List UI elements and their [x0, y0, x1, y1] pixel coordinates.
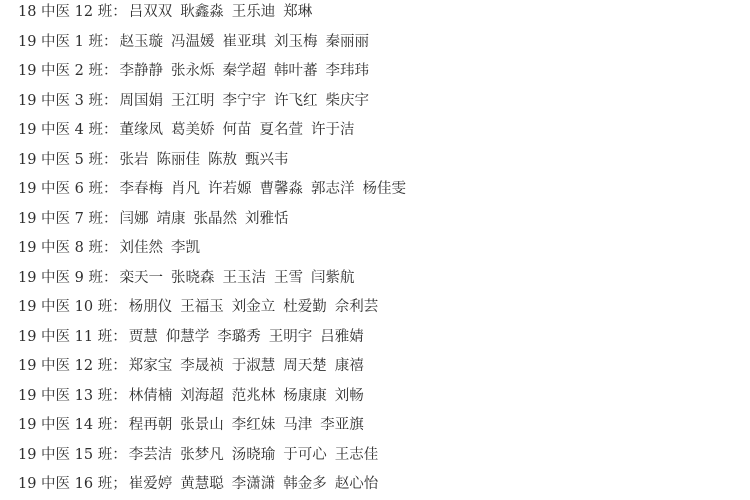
roster-row: 19 中医 2 班：李静静张永烁秦学超韩叶蕃李玮玮 [18, 57, 738, 87]
student-name: 刘雅恬 [245, 211, 289, 227]
separator: ： [103, 93, 118, 109]
class-label: 19 中医 14 班 [18, 417, 112, 433]
student-name: 栾天一 [120, 270, 164, 286]
student-name: 葛美娇 [171, 122, 215, 138]
roster-row: 19 中医 6 班：李春梅肖凡许若嫄曹馨淼郭志洋杨佳雯 [18, 175, 738, 205]
student-name: 夏名萱 [260, 122, 304, 138]
student-name: 刘畅 [335, 388, 364, 404]
student-name: 刘玉梅 [274, 34, 318, 50]
student-name: 李晟祯 [180, 358, 224, 374]
roster-row: 19 中医 7 班：闫娜靖康张晶然刘雅恬 [18, 205, 738, 235]
separator: ： [112, 388, 127, 404]
student-name: 马津 [283, 417, 312, 433]
class-label: 19 中医 2 班 [18, 63, 103, 79]
student-name: 郭志洋 [311, 181, 355, 197]
student-name: 汤晓瑜 [232, 447, 276, 463]
student-name: 张晶然 [194, 211, 238, 227]
student-name: 李春梅 [120, 181, 164, 197]
student-name: 李玮玮 [326, 63, 370, 79]
roster-row: 19 中医 16 班；崔爱婷黄慧聪李潇潇韩金多赵心怡 [18, 470, 738, 500]
separator: ： [103, 270, 118, 286]
separator: ： [112, 299, 127, 315]
student-name: 吕雅婧 [320, 329, 364, 345]
class-label: 19 中医 13 班 [18, 388, 112, 404]
student-name: 张岩 [120, 152, 149, 168]
student-name: 杜爱勤 [283, 299, 327, 315]
student-name: 许飞红 [274, 93, 318, 109]
student-name: 张景山 [180, 417, 224, 433]
class-label: 19 中医 15 班 [18, 447, 112, 463]
student-name: 韩叶蕃 [274, 63, 318, 79]
class-label: 18 中医 12 班 [18, 4, 112, 20]
student-name: 于可心 [283, 447, 327, 463]
student-name: 闫娜 [120, 211, 149, 227]
student-name: 杨康康 [283, 388, 327, 404]
student-name: 郑琳 [283, 4, 312, 20]
student-name: 杨佳雯 [363, 181, 407, 197]
student-name: 刘佳然 [120, 240, 164, 256]
separator: ： [112, 417, 127, 433]
student-name: 秦学超 [223, 63, 267, 79]
student-name: 刘金立 [232, 299, 276, 315]
separator: ： [103, 34, 118, 50]
separator: ： [103, 152, 118, 168]
separator: ： [103, 63, 118, 79]
student-name: 于淑慧 [232, 358, 276, 374]
student-name: 张永烁 [171, 63, 215, 79]
student-name: 何苗 [223, 122, 252, 138]
roster-row: 19 中医 8 班：刘佳然李凯 [18, 234, 738, 264]
student-name: 李璐秀 [217, 329, 261, 345]
student-name: 李亚旗 [320, 417, 364, 433]
student-name: 李芸洁 [129, 447, 173, 463]
student-name: 韩金多 [283, 476, 327, 492]
student-name: 杨朋仪 [129, 299, 173, 315]
separator: ： [112, 358, 127, 374]
separator: ： [112, 447, 127, 463]
roster-row: 19 中医 5 班：张岩陈丽佳陈敖甄兴韦 [18, 146, 738, 176]
student-name: 曹馨淼 [260, 181, 304, 197]
student-name: 周国娟 [120, 93, 164, 109]
student-name: 崔爱婷 [129, 476, 173, 492]
roster-row: 19 中医 10 班：杨朋仪王福玉刘金立杜爱勤佘利芸 [18, 293, 738, 323]
student-name: 程再朝 [129, 417, 173, 433]
student-name: 王江明 [171, 93, 215, 109]
student-name: 贾慧 [129, 329, 158, 345]
student-name: 周天楚 [283, 358, 327, 374]
student-name: 王福玉 [180, 299, 224, 315]
class-label: 19 中医 8 班 [18, 240, 103, 256]
class-label: 19 中医 6 班 [18, 181, 103, 197]
student-name: 黄慧聪 [180, 476, 224, 492]
class-label: 19 中医 4 班 [18, 122, 103, 138]
student-name: 张晓森 [171, 270, 215, 286]
separator: ： [112, 4, 127, 20]
roster-row: 19 中医 15 班：李芸洁张梦凡汤晓瑜于可心王志佳 [18, 441, 738, 471]
roster-row: 19 中医 11 班：贾慧仰慧学李璐秀王明宇吕雅婧 [18, 323, 738, 353]
student-name: 甄兴韦 [245, 152, 289, 168]
student-name: 肖凡 [171, 181, 200, 197]
student-name: 范兆林 [232, 388, 276, 404]
student-name: 闫紫航 [311, 270, 355, 286]
student-name: 冯温媛 [171, 34, 215, 50]
student-name: 董缘凤 [120, 122, 164, 138]
class-roster-document: 18 中医 12 班：吕双双耿鑫淼王乐迪郑琳 19 中医 1 班：赵玉璇冯温媛崔… [18, 0, 738, 500]
roster-row: 19 中医 9 班：栾天一张晓森王玉洁王雪闫紫航 [18, 264, 738, 294]
roster-row: 19 中医 13 班：林倩楠刘海超范兆林杨康康刘畅 [18, 382, 738, 412]
student-name: 陈敖 [208, 152, 237, 168]
student-name: 王明宇 [269, 329, 313, 345]
separator: ： [103, 240, 118, 256]
student-name: 秦丽丽 [326, 34, 370, 50]
roster-row: 19 中医 1 班：赵玉璇冯温媛崔亚琪刘玉梅秦丽丽 [18, 28, 738, 58]
student-name: 耿鑫淼 [180, 4, 224, 20]
separator: ； [112, 476, 127, 492]
class-label: 19 中医 9 班 [18, 270, 103, 286]
class-label: 19 中医 11 班 [18, 329, 112, 345]
student-name: 王乐迪 [232, 4, 276, 20]
roster-row: 19 中医 4 班：董缘凤葛美娇何苗夏名萱许于洁 [18, 116, 738, 146]
student-name: 吕双双 [129, 4, 173, 20]
student-name: 李凯 [171, 240, 200, 256]
class-label: 19 中医 12 班 [18, 358, 112, 374]
student-name: 李宁宇 [223, 93, 267, 109]
student-name: 李静静 [120, 63, 164, 79]
student-name: 仰慧学 [166, 329, 210, 345]
student-name: 李潇潇 [232, 476, 276, 492]
separator: ： [112, 329, 127, 345]
student-name: 王雪 [274, 270, 303, 286]
student-name: 张梦凡 [180, 447, 224, 463]
class-label: 19 中医 10 班 [18, 299, 112, 315]
student-name: 王玉洁 [223, 270, 267, 286]
roster-row: 18 中医 12 班：吕双双耿鑫淼王乐迪郑琳 [18, 0, 738, 28]
student-name: 佘利芸 [335, 299, 379, 315]
student-name: 郑家宝 [129, 358, 173, 374]
student-name: 赵心怡 [335, 476, 379, 492]
roster-row: 19 中医 12 班：郑家宝李晟祯于淑慧周天楚康禧 [18, 352, 738, 382]
student-name: 康禧 [335, 358, 364, 374]
class-label: 19 中医 16 班 [18, 476, 112, 492]
student-name: 林倩楠 [129, 388, 173, 404]
student-name: 赵玉璇 [120, 34, 164, 50]
class-label: 19 中医 5 班 [18, 152, 103, 168]
student-name: 王志佳 [335, 447, 379, 463]
separator: ： [103, 211, 118, 227]
student-name: 许于洁 [311, 122, 355, 138]
student-name: 许若嫄 [208, 181, 252, 197]
student-name: 陈丽佳 [157, 152, 201, 168]
separator: ： [103, 181, 118, 197]
roster-row: 19 中医 3 班：周国娟王江明李宁宇许飞红柴庆宇 [18, 87, 738, 117]
student-name: 刘海超 [180, 388, 224, 404]
student-name: 柴庆宇 [326, 93, 370, 109]
student-name: 崔亚琪 [223, 34, 267, 50]
class-label: 19 中医 1 班 [18, 34, 103, 50]
separator: ： [103, 122, 118, 138]
class-label: 19 中医 7 班 [18, 211, 103, 227]
student-name: 李红妹 [232, 417, 276, 433]
roster-row: 19 中医 14 班：程再朝张景山李红妹马津李亚旗 [18, 411, 738, 441]
student-name: 靖康 [157, 211, 186, 227]
class-label: 19 中医 3 班 [18, 93, 103, 109]
